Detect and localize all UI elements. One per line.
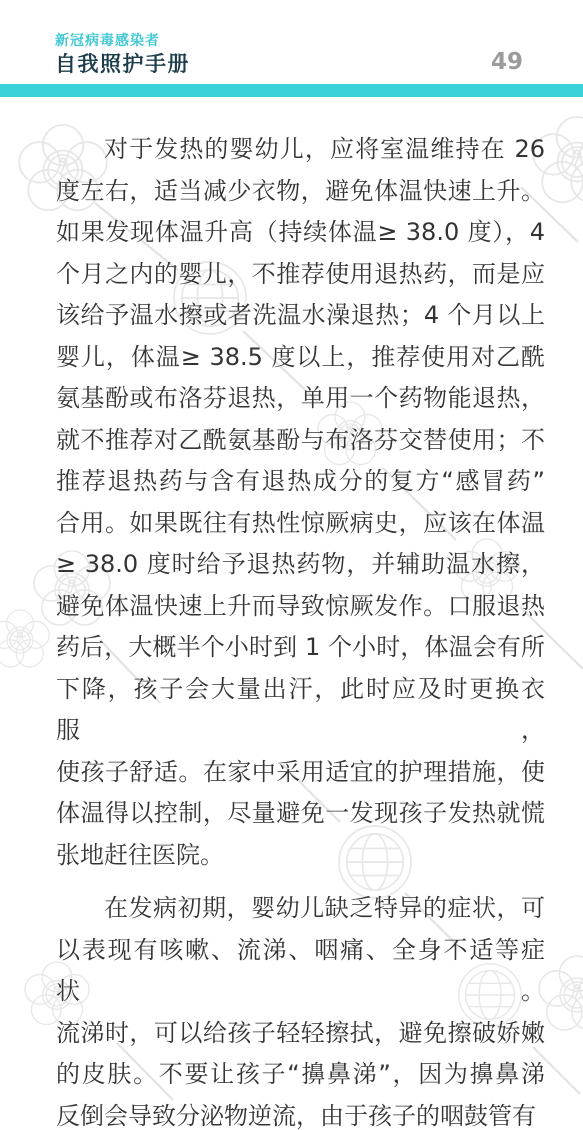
text-line: 在发病初期，婴幼儿缺乏特异的症状，可 (56, 888, 545, 930)
text-line: 药后，大概半个小时到 1 个小时，体温会有所 (56, 627, 545, 669)
text-line: 度左右，适当减少衣物，避免体温快速上升。 (56, 171, 545, 213)
paragraph: 在发病初期，婴幼儿缺乏特异的症状，可以表现有咳嗽、流涕、咽痛、全身不适等症状。流… (56, 888, 545, 1130)
text-line: 流涕时，可以给孩子轻轻擦拭，避免擦破娇嫩 (56, 1013, 545, 1055)
text-line: ≥ 38.0 度时给予退热药物，并辅助温水擦， (56, 544, 545, 586)
text-line: 体温得以控制，尽量避免一发现孩子发热就慌 (56, 793, 545, 835)
text-line: 的皮肤。不要让孩子“擤鼻涕”，因为擤鼻涕 (56, 1054, 545, 1096)
text-line: 氨基酚或布洛芬退热，单用一个药物能退热， (56, 378, 545, 420)
text-line: 个月之内的婴儿，不推荐使用退热药，而是应 (56, 254, 545, 296)
text-line: 下降，孩子会大量出汗，此时应及时更换衣服， (56, 669, 545, 752)
paragraph: 对于发热的婴幼儿，应将室温维持在 26度左右，适当减少衣物，避免体温快速上升。如… (56, 129, 545, 876)
text-line: 避免体温快速上升而导致惊厥发作。口服退热 (56, 586, 545, 628)
text-line: 推荐退热药与含有退热成分的复方“感冒药” (56, 461, 545, 503)
page: 新冠病毒感染者 自我照护手册 49 对于发热的婴幼儿，应将室温维持在 26度左右… (0, 0, 583, 1130)
text-line: 张地赶往医院。 (56, 835, 545, 877)
body-text: 对于发热的婴幼儿，应将室温维持在 26度左右，适当减少衣物，避免体温快速上升。如… (56, 129, 545, 1130)
text-line: 对于发热的婴幼儿，应将室温维持在 26 (56, 129, 545, 171)
divider-bar (0, 84, 583, 97)
doc-title: 自我照护手册 (55, 48, 190, 78)
text-line: 该给予温水擦或者洗温水澡退热；4 个月以上 (56, 295, 545, 337)
text-line: 使孩子舒适。在家中采用适宜的护理措施，使 (56, 752, 545, 794)
page-number: 49 (491, 49, 523, 75)
text-line: 就不推荐对乙酰氨基酚与布洛芬交替使用；不 (56, 420, 545, 462)
text-line: 婴儿，体温≥ 38.5 度以上，推荐使用对乙酰 (56, 337, 545, 379)
text-line: 如果发现体温升高（持续体温≥ 38.0 度），4 (56, 212, 545, 254)
text-line: 合用。如果既往有热性惊厥病史，应该在体温 (56, 503, 545, 545)
text-line: 反倒会导致分泌物逆流，由于孩子的咽鼓管有 (56, 1096, 545, 1130)
doc-subtitle: 新冠病毒感染者 (55, 30, 160, 50)
text-line: 以表现有咳嗽、流涕、咽痛、全身不适等症状。 (56, 930, 545, 1013)
